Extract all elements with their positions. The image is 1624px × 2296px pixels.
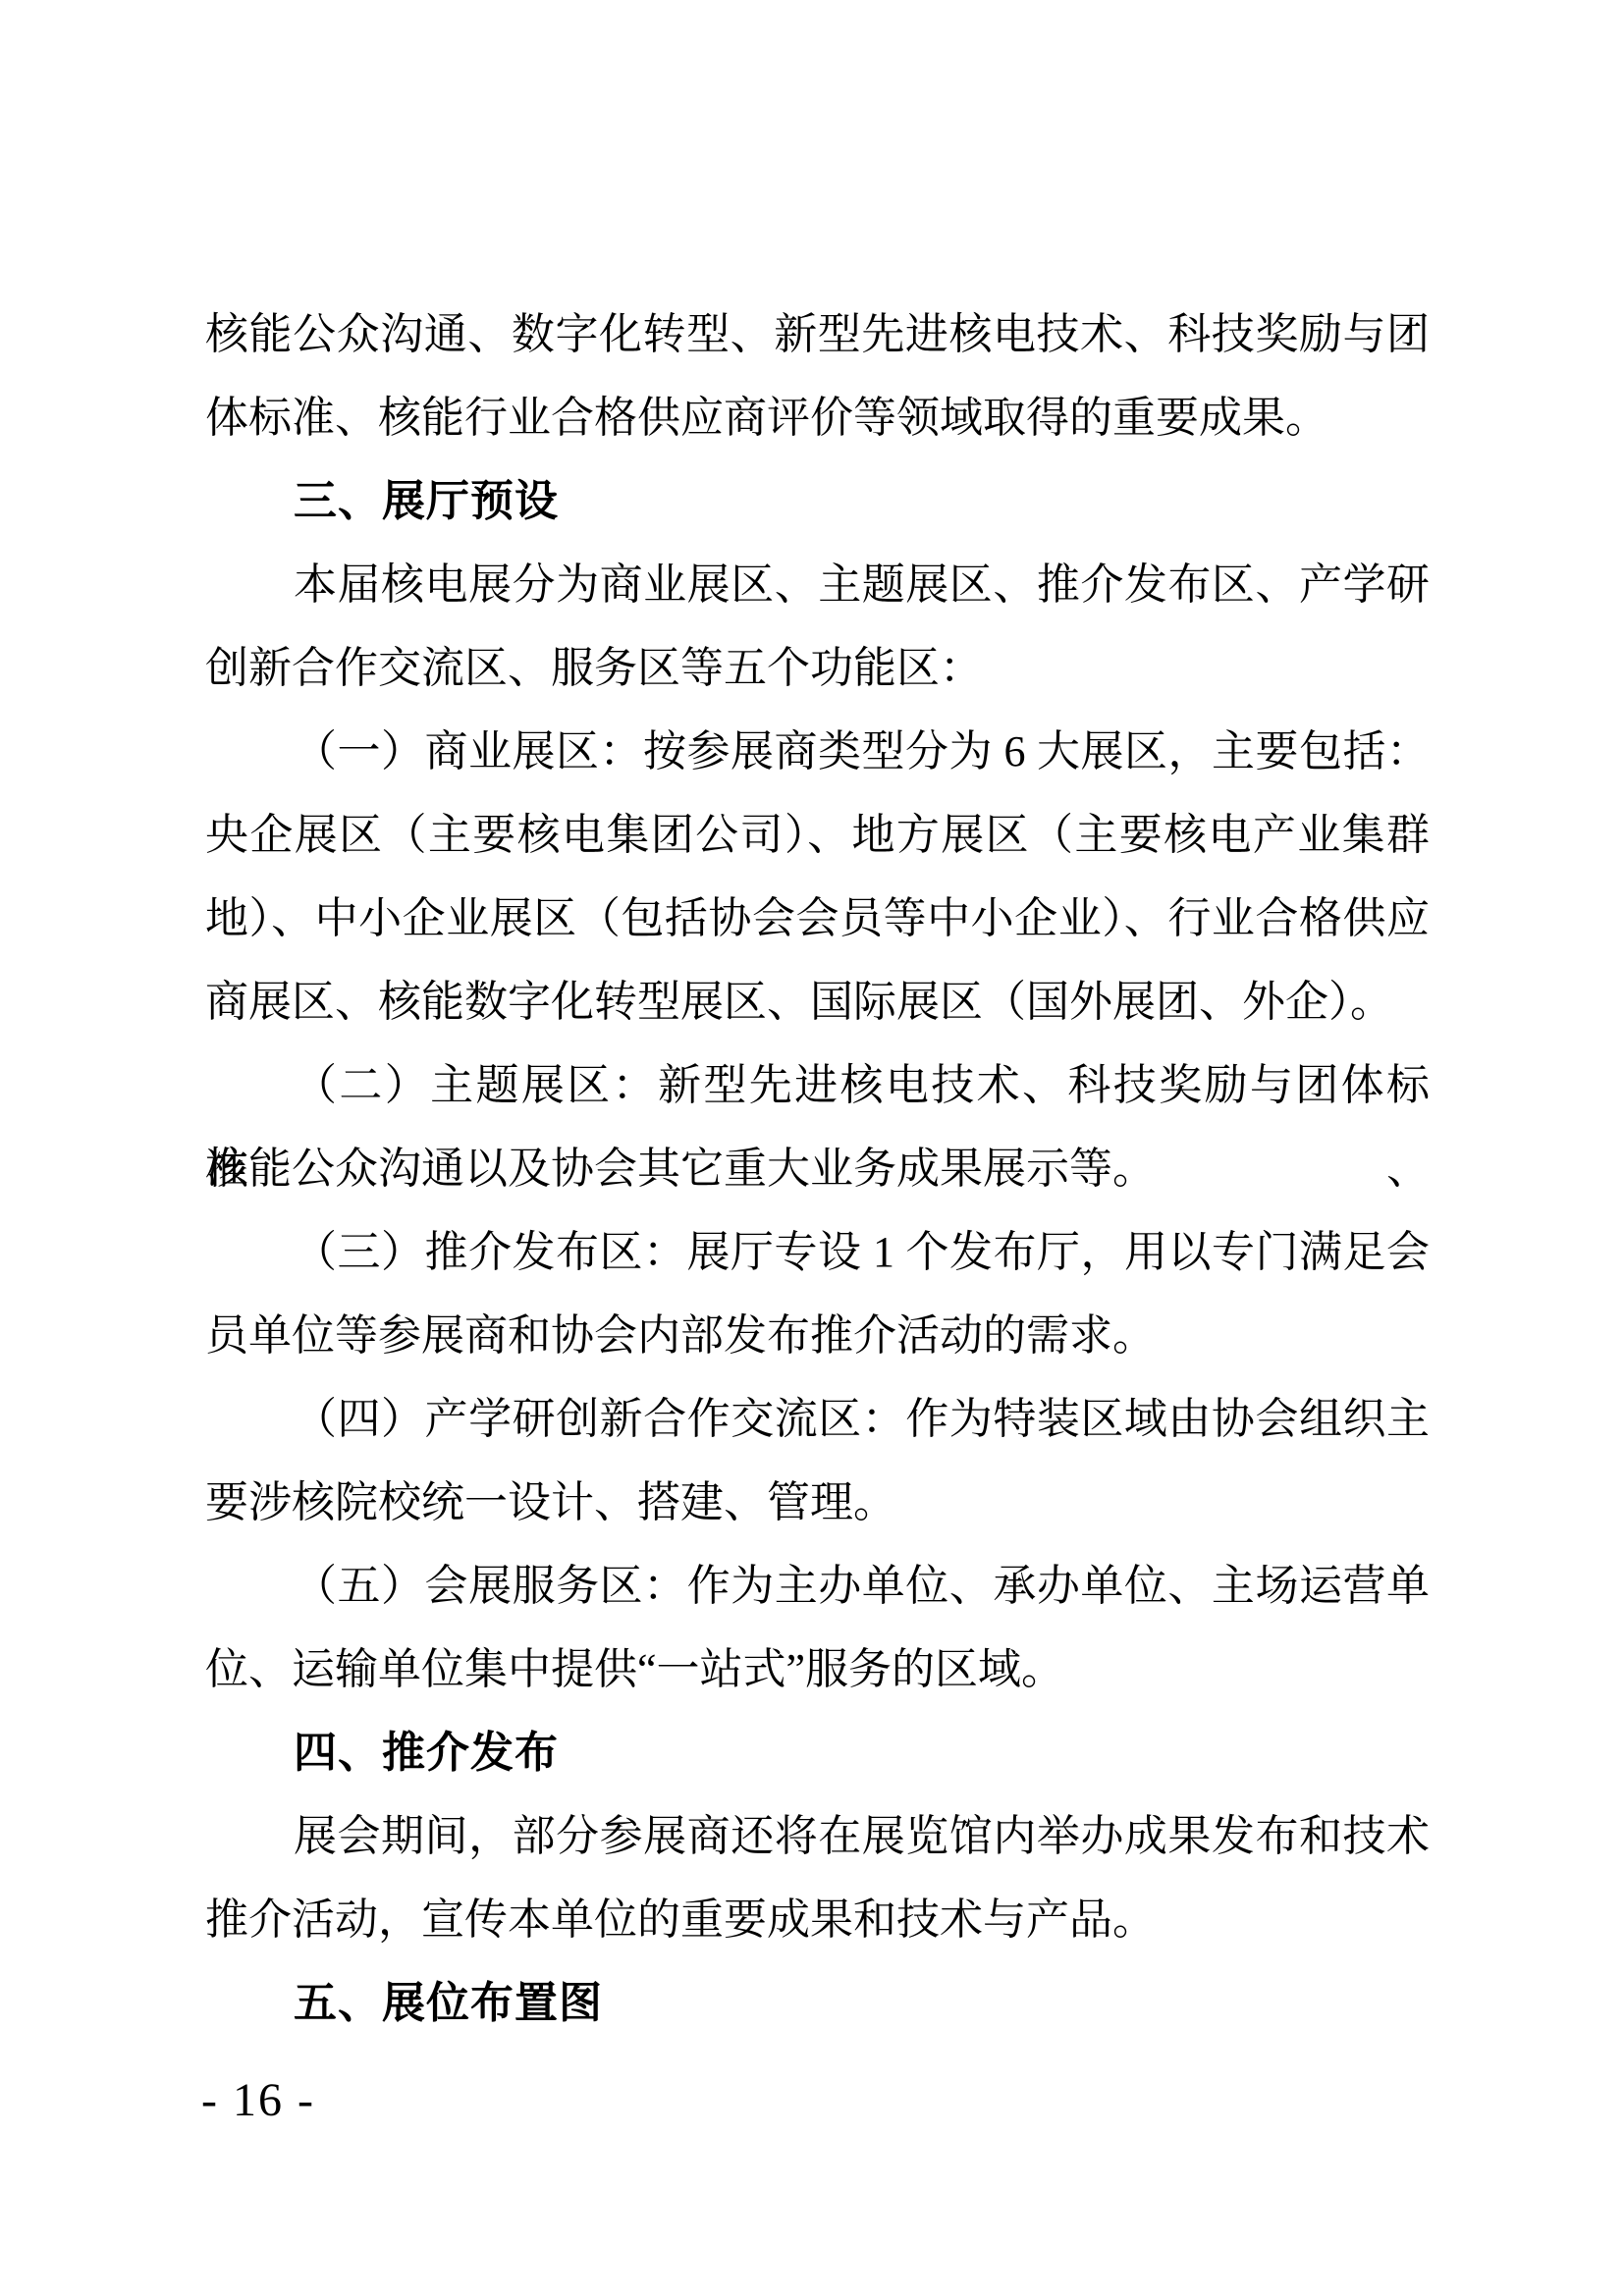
document-body: 核能公众沟通、数字化转型、新型先进核电技术、科技奖励与团 体标准、核能行业合格供…: [205, 293, 1430, 2045]
paragraph-line: （三）推介发布区：展厅专设 1 个发布厅，用以专门满足会: [205, 1210, 1430, 1294]
paragraph-line: 要涉核院校统一设计、搭建、管理。: [205, 1461, 1430, 1544]
paragraph-line: 员单位等参展商和协会内部发布推介活动的需求。: [205, 1294, 1430, 1377]
paragraph-line: （二）主题展区：新型先进核电技术、科技奖励与团体标准、: [205, 1043, 1430, 1127]
paragraph-line: 体标准、核能行业合格供应商评价等领域取得的重要成果。: [205, 376, 1430, 459]
section-heading: 四、推介发布: [205, 1711, 1430, 1794]
paragraph-line: 位、运输单位集中提供“一站式”服务的区域。: [205, 1628, 1430, 1711]
page-number: - 16 -: [201, 2073, 315, 2128]
paragraph-line: 地）、中小企业展区（包括协会会员等中小企业）、行业合格供应: [205, 877, 1430, 960]
paragraph-line: （四）产学研创新合作交流区：作为特装区域由协会组织主: [205, 1377, 1430, 1461]
section-heading: 五、展位布置图: [205, 1961, 1430, 2045]
paragraph-line: 推介活动，宣传本单位的重要成果和技术与产品。: [205, 1878, 1430, 1961]
paragraph-line: （一）商业展区：按参展商类型分为 6 大展区，主要包括：: [205, 710, 1430, 793]
paragraph-line: 央企展区（主要核电集团公司）、地方展区（主要核电产业集群: [205, 793, 1430, 877]
document-page: 核能公众沟通、数字化转型、新型先进核电技术、科技奖励与团 体标准、核能行业合格供…: [0, 0, 1624, 2296]
paragraph-line: 核能公众沟通、数字化转型、新型先进核电技术、科技奖励与团: [205, 293, 1430, 376]
paragraph-line: 创新合作交流区、服务区等五个功能区：: [205, 626, 1430, 710]
section-heading: 三、展厅预设: [205, 459, 1430, 543]
paragraph-line: 展会期间，部分参展商还将在展览馆内举办成果发布和技术: [205, 1794, 1430, 1878]
paragraph-line: 商展区、核能数字化转型展区、国际展区（国外展团、外企）。: [205, 960, 1430, 1043]
paragraph-line: （五）会展服务区：作为主办单位、承办单位、主场运营单: [205, 1544, 1430, 1628]
paragraph-line: 本届核电展分为商业展区、主题展区、推介发布区、产学研: [205, 543, 1430, 626]
